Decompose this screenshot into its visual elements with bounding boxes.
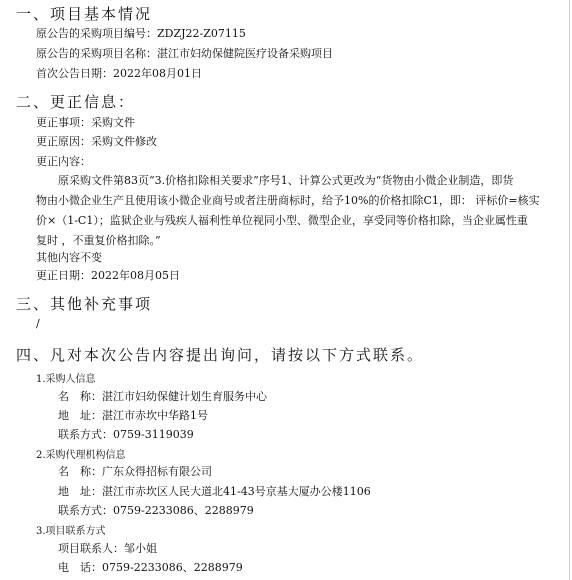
correction-content-line: 原采购文件第83页“3.价格扣除相关要求”序号1、计算公式更改为“货物由小微企业… bbox=[58, 172, 513, 188]
agency-contact: 联系方式：0759-2233086、2288979 bbox=[58, 502, 254, 518]
correction-content-line: 价×（1-C1）；监狱企业与残疾人福利性单位视同小型、微型企业，享受同等价格扣除… bbox=[36, 212, 528, 228]
correction-item: 更正事项：采购文件 bbox=[36, 114, 135, 130]
section-2-heading: 二、更正信息： bbox=[16, 91, 135, 112]
supplementary-content: / bbox=[36, 317, 40, 330]
other-content-unchanged: 其他内容不变 bbox=[36, 249, 102, 265]
purchaser-info-title: 1.采购人信息 bbox=[36, 370, 96, 385]
agency-name: 名 称：广东众得招标有限公司 bbox=[58, 463, 212, 479]
project-contact-title: 3.项目联系方式 bbox=[36, 522, 106, 537]
section-3-heading: 三、其他补充事项 bbox=[16, 293, 152, 314]
project-name: 原公告的采购项目名称：湛江市妇幼保健院医疗设备采购项目 bbox=[36, 45, 333, 61]
purchaser-contact: 联系方式：0759-3119039 bbox=[58, 426, 194, 442]
section-4-heading: 四、凡对本次公告内容提出询问，请按以下方式联系。 bbox=[16, 344, 424, 365]
project-contact-phone: 电 话：0759-2233086、2288979 bbox=[58, 559, 243, 575]
correction-date: 更正日期：2022年08月05日 bbox=[36, 267, 180, 283]
purchaser-name: 名 称：湛江市妇幼保健计划生育服务中心 bbox=[58, 388, 267, 404]
correction-content-line: 物由小微企业生产且使用该小微企业商号或者注册商标时，给予10%的价格扣除C1，即… bbox=[36, 192, 540, 208]
purchaser-address: 地 址：湛江市赤坎中华路1号 bbox=[58, 407, 208, 423]
correction-reason: 更正原因：采购文件修改 bbox=[36, 133, 157, 149]
first-announcement-date: 首次公告日期：2022年08月01日 bbox=[36, 65, 202, 81]
agency-address: 地 址：湛江市赤坎区人民大道北41-43号京基大厦办公楼1106 bbox=[58, 483, 371, 499]
project-number: 原公告的采购项目编号：ZDZJ22-Z07115 bbox=[36, 25, 246, 41]
agency-info-title: 2.采购代理机构信息 bbox=[36, 446, 126, 461]
correction-content-line: 复时 ，不重复价格扣除。” bbox=[36, 232, 161, 248]
section-1-heading: 一、项目基本情况 bbox=[16, 3, 152, 24]
correction-content-label: 更正内容： bbox=[36, 153, 91, 169]
page-edge bbox=[569, 0, 570, 580]
project-contact-person: 项目联系人：邹小姐 bbox=[58, 540, 157, 556]
